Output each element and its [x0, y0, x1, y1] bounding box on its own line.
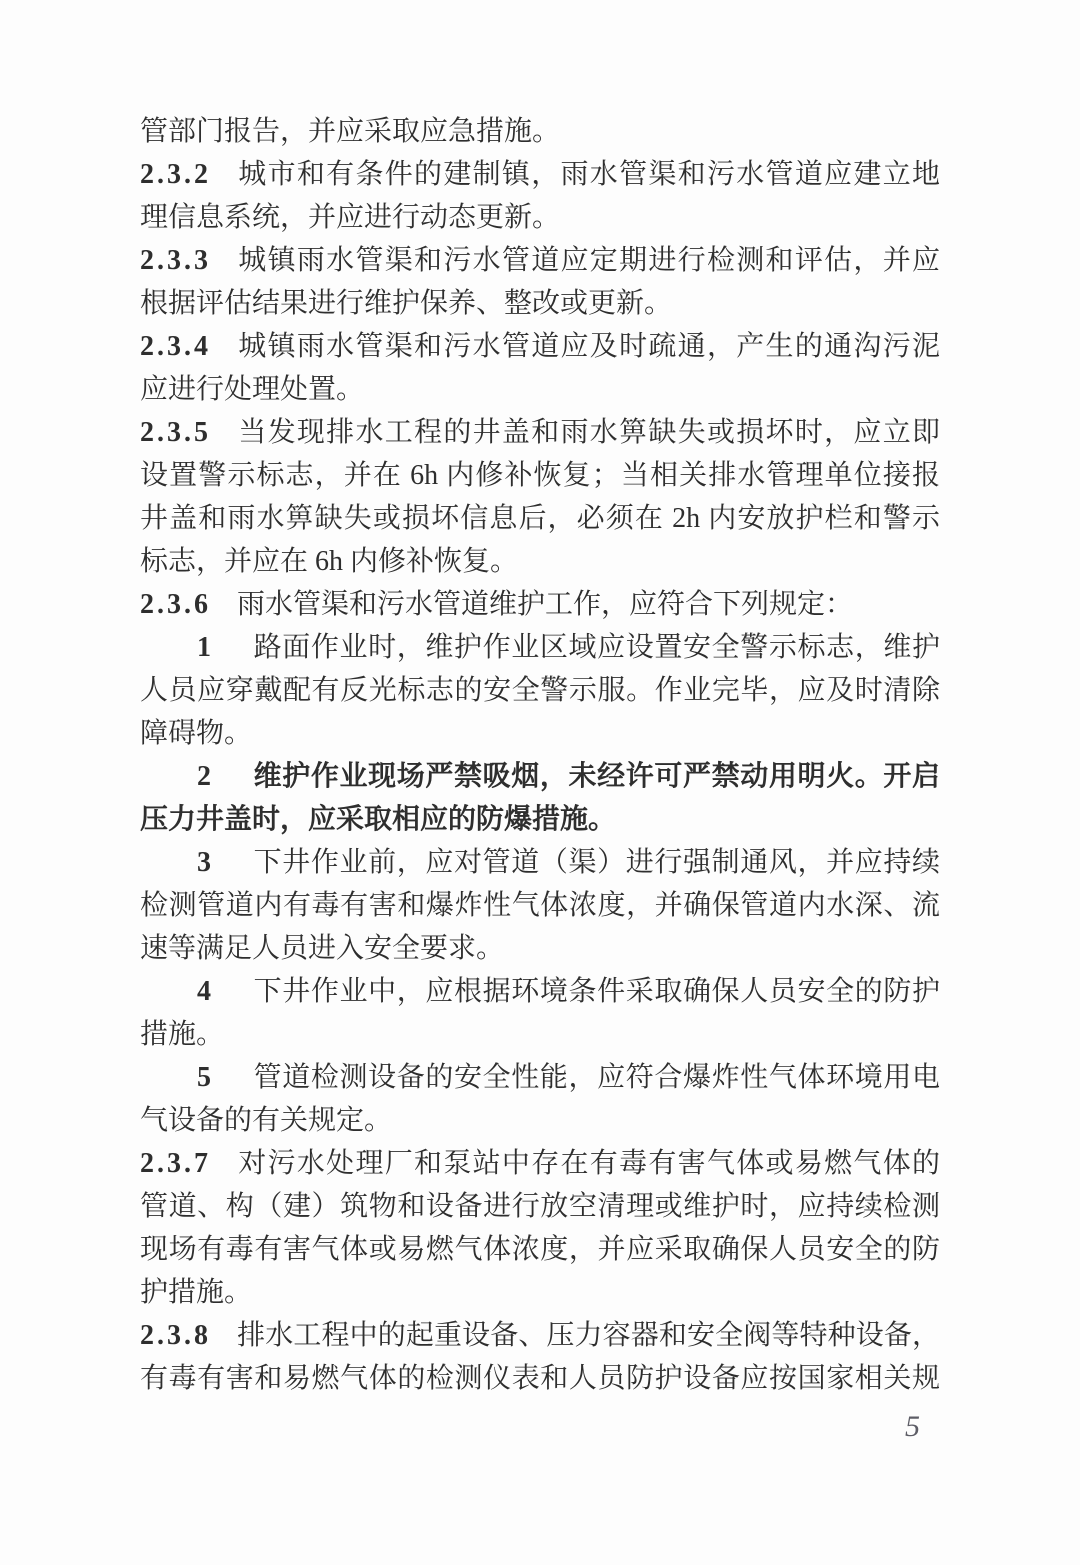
- text-line: 速等满足人员进入安全要求。: [140, 927, 940, 970]
- text-line: 2.3.3城镇雨水管渠和污水管道应定期进行检测和评估，并应: [140, 239, 940, 282]
- clause-text: 排水工程中的起重设备、压力容器和安全阀等特种设备，: [237, 1320, 940, 1351]
- clause-text: 当发现排水工程的井盖和雨水箅缺失或损坏时，应立即: [237, 417, 940, 448]
- clause-text: 雨水管渠和污水管道维护工作，应符合下列规定：: [237, 589, 853, 620]
- text-line: 5管道检测设备的安全性能，应符合爆炸性气体环境用电: [140, 1056, 940, 1099]
- clause-text: 人员应穿戴配有反光标志的安全警示服。作业完毕，应及时清除: [140, 675, 940, 706]
- clause-number: 2: [197, 761, 211, 792]
- clause-text: 维护作业现场严禁吸烟，未经许可严禁动用明火。开启: [253, 761, 940, 792]
- clause-text: 对污水处理厂和泵站中存在有毒有害气体或易燃气体的: [237, 1148, 940, 1179]
- text-line: 管道、构（建）筑物和设备进行放空清理或维护时，应持续检测: [140, 1185, 940, 1228]
- clause-number: 1: [197, 632, 211, 663]
- text-line: 井盖和雨水箅缺失或损坏信息后，必须在 2h 内安放护栏和警示: [140, 497, 940, 540]
- text-line: 有毒有害和易燃气体的检测仪表和人员防护设备应按国家相关规: [140, 1357, 940, 1400]
- text-line: 措施。: [140, 1013, 940, 1056]
- clause-number: 2.3.2: [140, 159, 211, 190]
- clause-number: 2.3.5: [140, 417, 211, 448]
- clause-number: 2.3.8: [140, 1320, 211, 1351]
- text-line: 2.3.7对污水处理厂和泵站中存在有毒有害气体或易燃气体的: [140, 1142, 940, 1185]
- text-line: 2.3.8排水工程中的起重设备、压力容器和安全阀等特种设备，: [140, 1314, 940, 1357]
- clause-number: 4: [197, 976, 211, 1007]
- clause-text: 标志，并应在 6h 内修补恢复。: [140, 546, 518, 577]
- clause-text: 速等满足人员进入安全要求。: [140, 933, 504, 964]
- clause-text: 井盖和雨水箅缺失或损坏信息后，必须在 2h 内安放护栏和警示: [140, 503, 940, 534]
- text-line: 标志，并应在 6h 内修补恢复。: [140, 540, 940, 583]
- clause-text: 设置警示标志，并在 6h 内修补恢复；当相关排水管理单位接报: [140, 460, 940, 491]
- clause-text: 措施。: [140, 1019, 224, 1050]
- text-line: 2.3.2城市和有条件的建制镇，雨水管渠和污水管道应建立地: [140, 153, 940, 196]
- text-line: 现场有毒有害气体或易燃气体浓度，并应采取确保人员安全的防: [140, 1228, 940, 1271]
- clause-number: 3: [197, 847, 211, 878]
- text-line: 1路面作业时，维护作业区域应设置安全警示标志，维护: [140, 626, 940, 669]
- text-line: 人员应穿戴配有反光标志的安全警示服。作业完毕，应及时清除: [140, 669, 940, 712]
- clause-text: 护措施。: [140, 1277, 252, 1308]
- clause-number: 5: [197, 1062, 211, 1093]
- clause-text: 下井作业前，应对管道（渠）进行强制通风，并应持续: [253, 847, 940, 878]
- text-line: 2维护作业现场严禁吸烟，未经许可严禁动用明火。开启: [140, 755, 940, 798]
- text-line: 设置警示标志，并在 6h 内修补恢复；当相关排水管理单位接报: [140, 454, 940, 497]
- clause-text: 压力井盖时，应采取相应的防爆措施。: [140, 804, 616, 835]
- text-line: 应进行处理处置。: [140, 368, 940, 411]
- clause-text: 管道检测设备的安全性能，应符合爆炸性气体环境用电: [253, 1062, 940, 1093]
- text-line: 检测管道内有毒有害和爆炸性气体浓度，并确保管道内水深、流: [140, 884, 940, 927]
- document-page: 管部门报告，并应采取应急措施。2.3.2城市和有条件的建制镇，雨水管渠和污水管道…: [0, 0, 1080, 1565]
- clause-text: 下井作业中，应根据环境条件采取确保人员安全的防护: [253, 976, 940, 1007]
- clause-number: 2.3.3: [140, 245, 211, 276]
- clause-text: 管道、构（建）筑物和设备进行放空清理或维护时，应持续检测: [140, 1191, 940, 1222]
- text-line: 气设备的有关规定。: [140, 1099, 940, 1142]
- clause-number: 2.3.4: [140, 331, 211, 362]
- clause-text: 城镇雨水管渠和污水管道应定期进行检测和评估，并应: [237, 245, 940, 276]
- text-line: 压力井盖时，应采取相应的防爆措施。: [140, 798, 940, 841]
- text-line: 2.3.4城镇雨水管渠和污水管道应及时疏通，产生的通沟污泥: [140, 325, 940, 368]
- clause-text: 现场有毒有害气体或易燃气体浓度，并应采取确保人员安全的防: [140, 1234, 940, 1265]
- clause-text: 理信息系统，并应进行动态更新。: [140, 202, 560, 233]
- clause-text: 气设备的有关规定。: [140, 1105, 392, 1136]
- text-line: 3下井作业前，应对管道（渠）进行强制通风，并应持续: [140, 841, 940, 884]
- clause-text: 根据评估结果进行维护保养、整改或更新。: [140, 288, 672, 319]
- text-line: 根据评估结果进行维护保养、整改或更新。: [140, 282, 940, 325]
- text-line: 4下井作业中，应根据环境条件采取确保人员安全的防护: [140, 970, 940, 1013]
- clause-text: 障碍物。: [140, 718, 252, 749]
- text-line: 理信息系统，并应进行动态更新。: [140, 196, 940, 239]
- clause-text: 检测管道内有毒有害和爆炸性气体浓度，并确保管道内水深、流: [140, 890, 940, 921]
- clause-text: 城市和有条件的建制镇，雨水管渠和污水管道应建立地: [237, 159, 940, 190]
- text-line: 管部门报告，并应采取应急措施。: [140, 110, 940, 153]
- clause-text: 应进行处理处置。: [140, 374, 364, 405]
- text-line: 障碍物。: [140, 712, 940, 755]
- text-line: 2.3.5当发现排水工程的井盖和雨水箅缺失或损坏时，应立即: [140, 411, 940, 454]
- page-number: 5: [905, 1405, 920, 1448]
- document-body: 管部门报告，并应采取应急措施。2.3.2城市和有条件的建制镇，雨水管渠和污水管道…: [140, 110, 940, 1400]
- clause-number: 2.3.7: [140, 1148, 211, 1179]
- clause-text: 有毒有害和易燃气体的检测仪表和人员防护设备应按国家相关规: [140, 1363, 940, 1394]
- clause-number: 2.3.6: [140, 589, 211, 620]
- text-line: 护措施。: [140, 1271, 940, 1314]
- clause-text: 管部门报告，并应采取应急措施。: [140, 116, 560, 147]
- clause-text: 城镇雨水管渠和污水管道应及时疏通，产生的通沟污泥: [237, 331, 940, 362]
- text-line: 2.3.6雨水管渠和污水管道维护工作，应符合下列规定：: [140, 583, 940, 626]
- clause-text: 路面作业时，维护作业区域应设置安全警示标志，维护: [253, 632, 940, 663]
